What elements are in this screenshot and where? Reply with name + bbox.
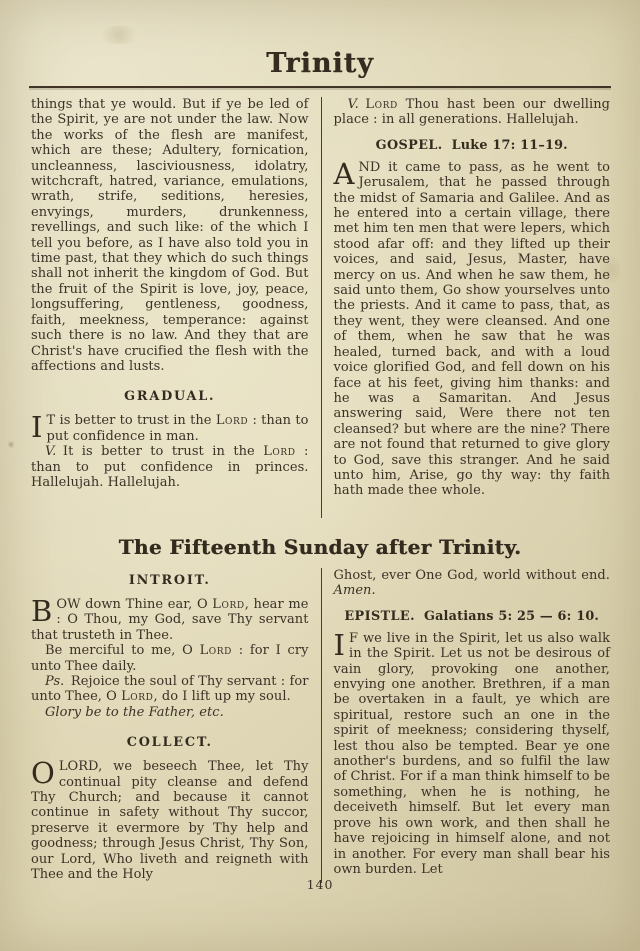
paper-stain	[8, 440, 14, 449]
introit-gloria: Glory be to the Father, etc.	[31, 705, 309, 720]
text-segment: V.	[348, 97, 359, 112]
text-segment: F we live in the Spirit, let us also wal…	[334, 631, 611, 877]
gradual-versicle: V. Lord Thou hast been our dwelling plac…	[334, 97, 611, 128]
text-segment: It is better to trust in the	[56, 444, 263, 459]
text-segment: LORD, we beseech Thee, let Thy continual…	[31, 759, 309, 882]
header-rule	[29, 86, 611, 88]
running-head: Trinity	[0, 0, 640, 79]
lower-left-column: INTROIT. BOW down Thine ear, O Lord, hea…	[31, 568, 321, 883]
lower-right-column: Ghost, ever One God, world without end. …	[321, 568, 611, 883]
gradual-verse-2: V. It is better to trust in the Lord : t…	[31, 444, 309, 490]
text-segment: OW down Thine ear, O	[56, 597, 212, 612]
text-segment: Lord	[216, 413, 248, 428]
gospel-heading: GOSPEL.Luke 17: 11–19.	[334, 138, 611, 153]
collect-text: OLORD, we beseech Thee, let Thy continua…	[31, 759, 309, 882]
drop-cap: A	[334, 160, 359, 187]
epistle-reference: Galatians 5: 25 — 6: 10.	[424, 609, 599, 624]
page-number: 140	[0, 877, 640, 892]
text-segment: T is better to trust in the	[47, 413, 216, 428]
gospel-text: AND it came to pass, as he went to Jerus…	[334, 160, 611, 499]
introit-heading: INTROIT.	[31, 573, 309, 588]
epistle-heading-label: EPISTLE.	[344, 609, 415, 624]
lower-section: INTROIT. BOW down Thine ear, O Lord, hea…	[31, 568, 610, 883]
gospel-heading-label: GOSPEL.	[376, 138, 443, 153]
epistle-heading: EPISTLE.Galatians 5: 25 — 6: 10.	[334, 609, 611, 624]
gradual-verse-1: IT is better to trust in the Lord : than…	[31, 413, 309, 444]
text-segment: Ps.	[45, 674, 64, 689]
drop-cap: I	[31, 413, 47, 440]
book-page: Trinity things that ye would. But if ye …	[0, 0, 640, 951]
text-segment: , do I lift up my soul.	[153, 689, 290, 704]
collect-continuation: Ghost, ever One God, world without end. …	[334, 568, 611, 599]
text-segment: Ghost, ever One God, world without end.	[334, 568, 611, 583]
introit-psalm: Ps. Rejoice the soul of Thy servant : fo…	[31, 674, 309, 705]
upper-left-column: things that ye would. But if ye be led o…	[31, 97, 321, 518]
text-segment: V.	[45, 444, 56, 459]
text-segment: Lord	[121, 689, 153, 704]
collect-heading: COLLECT.	[31, 735, 309, 750]
drop-cap: I	[334, 631, 350, 658]
text-segment: Lord	[200, 643, 232, 658]
text-segment: Glory be to the Father, etc.	[45, 705, 224, 720]
introit-antiphon: BOW down Thine ear, O Lord, hear me : O …	[31, 597, 309, 643]
text-segment: Be merciful to me, O	[45, 643, 200, 658]
text-segment: Lord	[212, 597, 244, 612]
drop-cap: B	[31, 597, 56, 624]
drop-cap: O	[31, 759, 59, 786]
text-segment: Lord	[365, 97, 397, 112]
text-segment: Amen.	[334, 583, 376, 598]
feast-day-heading: The Fifteenth Sunday after Trinity.	[0, 535, 640, 559]
text-segment: Lord	[263, 444, 295, 459]
upper-section: things that ye would. But if ye be led o…	[31, 97, 610, 518]
upper-right-column: V. Lord Thou hast been our dwelling plac…	[321, 97, 611, 518]
text-segment: ND it came to pass, as he went to Jerusa…	[334, 160, 611, 499]
epistle-continuation-paragraph: things that ye would. But if ye be led o…	[31, 97, 309, 374]
gradual-heading: GRADUAL.	[31, 389, 309, 404]
introit-verse: Be merciful to me, O Lord : for I cry un…	[31, 643, 309, 674]
gospel-reference: Luke 17: 11–19.	[452, 138, 568, 153]
epistle-text: IF we live in the Spirit, let us also wa…	[334, 631, 611, 878]
text-segment: things that ye would. But if ye be led o…	[31, 97, 309, 374]
